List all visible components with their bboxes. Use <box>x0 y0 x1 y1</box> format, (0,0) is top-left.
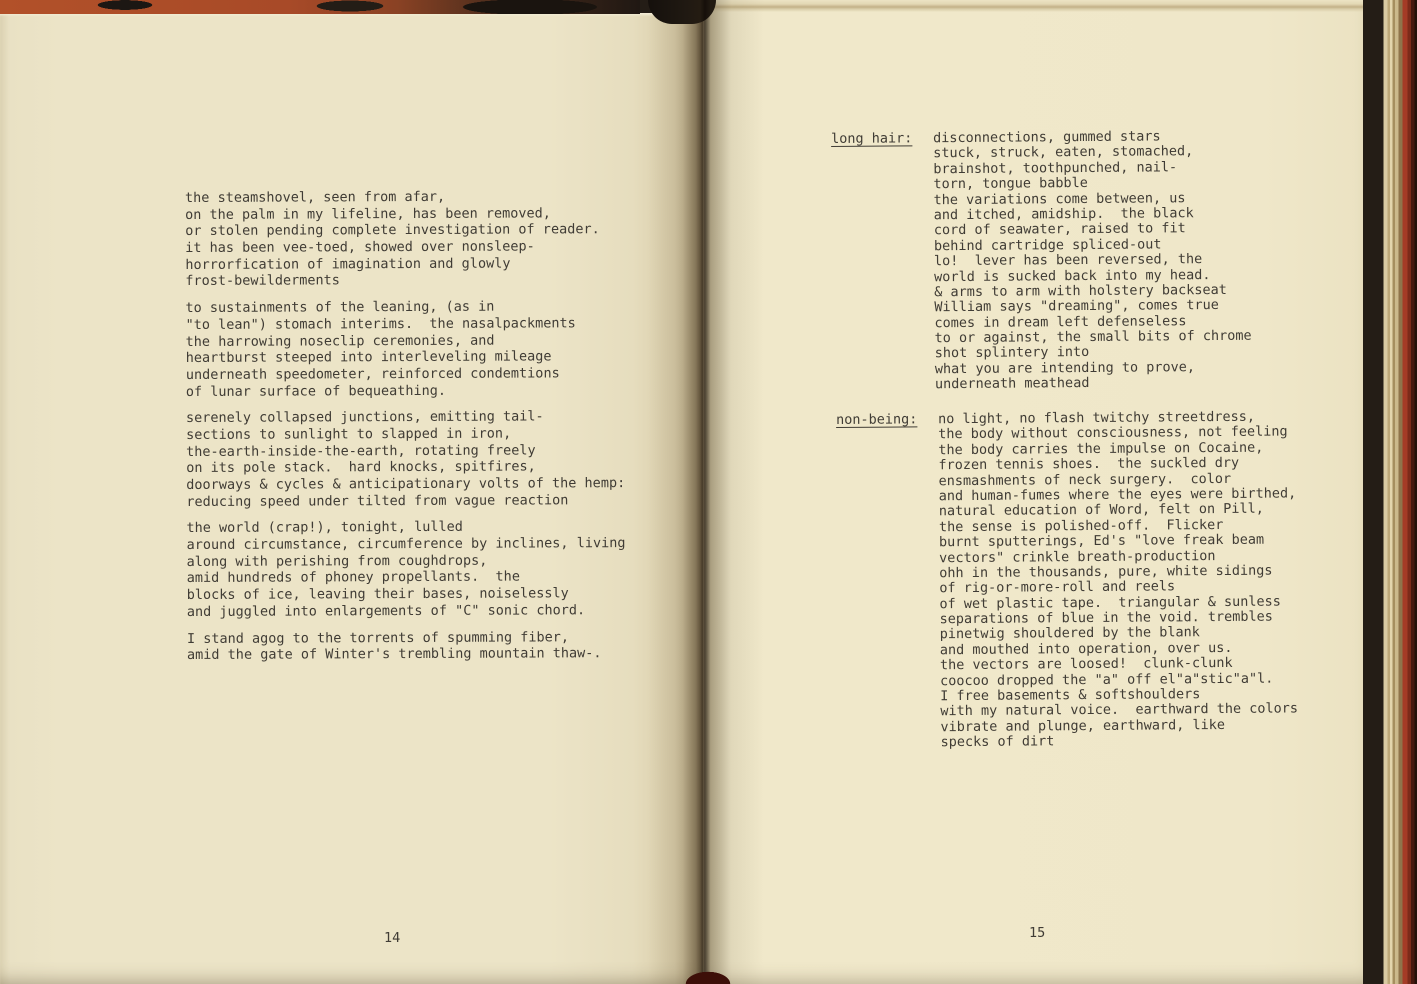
poem-line: around circumstance, circumference by in… <box>187 535 626 554</box>
poem-line: amid the gate of Winter's trembling moun… <box>187 645 626 664</box>
poem-line: the-earth-inside-the-earth, rotating fre… <box>186 442 625 461</box>
page-edge-stack <box>1353 0 1417 984</box>
poem-line: of lunar surface of bequeathing. <box>186 382 625 401</box>
poem-line: I stand agog to the torrents of spumming… <box>187 629 626 648</box>
poem-line: amid hundreds of phoney propellants. the <box>187 569 626 588</box>
poem-line: underneath speedometer, reinforced conde… <box>186 365 625 384</box>
poem-line: with my natural voice. earthward the col… <box>940 701 1298 719</box>
poem-line: doorways & cycles & anticipationary volt… <box>186 475 625 494</box>
poem-line: the steamshovel, seen from afar, <box>185 188 624 207</box>
poem-line: on the palm in my lifeline, has been rem… <box>185 205 624 224</box>
poem-line: specks of dirt <box>941 732 1299 750</box>
page-number-left: 14 <box>384 930 400 946</box>
poem-line: ohh in the thousands, pure, white siding… <box>939 562 1297 580</box>
poem-line: serenely collapsed junctions, emitting t… <box>186 408 625 427</box>
poem-line: on its pole stack. hard knocks, spitfire… <box>186 458 625 477</box>
poem-line: William says "dreaming", comes true <box>934 297 1251 315</box>
poem-line: and juggled into enlargements of "C" son… <box>187 602 626 621</box>
poem-stanza: no light, no flash twitchy streetdress,t… <box>938 408 1297 595</box>
poem-line: to or against, the small bits of chrome <box>935 328 1252 346</box>
poem-stanza: of wet plastic tape. triangular & sunles… <box>939 593 1298 750</box>
poem-line: underneath meathead <box>935 374 1252 392</box>
poem-stanza: to sustainments of the leaning, (as in"t… <box>185 298 624 400</box>
poem-line: coocoo dropped the "a" off el"a"stic"a"l… <box>940 670 1298 688</box>
section-label-long-hair: long hair: <box>831 130 912 147</box>
section-label-non-being: non-being: <box>836 411 917 428</box>
poem-line: the harrowing noseclip ceremonies, and <box>186 332 625 351</box>
poem-line: to sustainments of the leaning, (as in <box>185 298 624 317</box>
poem-left-page: the steamshovel, seen from afar,on the p… <box>185 188 626 674</box>
right-page-top-edge <box>703 0 1363 12</box>
section-non-being: non-being: no light, no flash twitchy st… <box>836 408 1319 772</box>
poem-line: along with perishing from coughdrops, <box>187 552 626 571</box>
book-spread-photo: the steamshovel, seen from afar,on the p… <box>0 0 1417 984</box>
poem-stanza: the steamshovel, seen from afar,on the p… <box>185 188 624 290</box>
page-number-right: 15 <box>1029 925 1045 941</box>
poem-line: or stolen pending complete investigation… <box>185 221 624 240</box>
book-cover-top-edge <box>0 0 640 14</box>
poem-line: sections to sunlight to slapped in iron, <box>186 425 625 444</box>
poem-line: burnt sputterings, Ed's "love freak beam <box>939 532 1297 550</box>
poem-line: natural education of Word, felt on Pill, <box>939 501 1297 519</box>
poem-stanza: the world (crap!), tonight, lulledaround… <box>186 518 625 620</box>
poem-non-being: no light, no flash twitchy streetdress,t… <box>938 408 1298 749</box>
poem-line: it has been vee-toed, showed over nonsle… <box>185 238 624 257</box>
poem-stanza: disconnections, gummed starsstuck, struc… <box>933 128 1252 392</box>
section-long-hair: long hair: disconnections, gummed starss… <box>831 127 1313 401</box>
poem-line: horrorfication of imagination and glowly <box>185 255 624 274</box>
poem-long-hair: disconnections, gummed starsstuck, struc… <box>933 128 1252 392</box>
poem-line: the world (crap!), tonight, lulled <box>186 518 625 537</box>
poem-stanza: serenely collapsed junctions, emitting t… <box>186 408 625 510</box>
poem-line: reducing speed under tilted from vague r… <box>186 492 625 511</box>
poem-line: frost-bewilderments <box>185 272 624 291</box>
poem-line: the body carries the impulse on Cocaine, <box>938 439 1296 457</box>
poem-stanza: I stand agog to the torrents of spumming… <box>187 629 626 664</box>
poem-line: separations of blue in the void. tremble… <box>940 608 1298 626</box>
poem-line: "to lean") stomach interims. the nasalpa… <box>186 315 625 334</box>
poem-line: heartburst steeped into interleveling mi… <box>186 348 625 367</box>
poem-line: blocks of ice, leaving their bases, nois… <box>187 585 626 604</box>
